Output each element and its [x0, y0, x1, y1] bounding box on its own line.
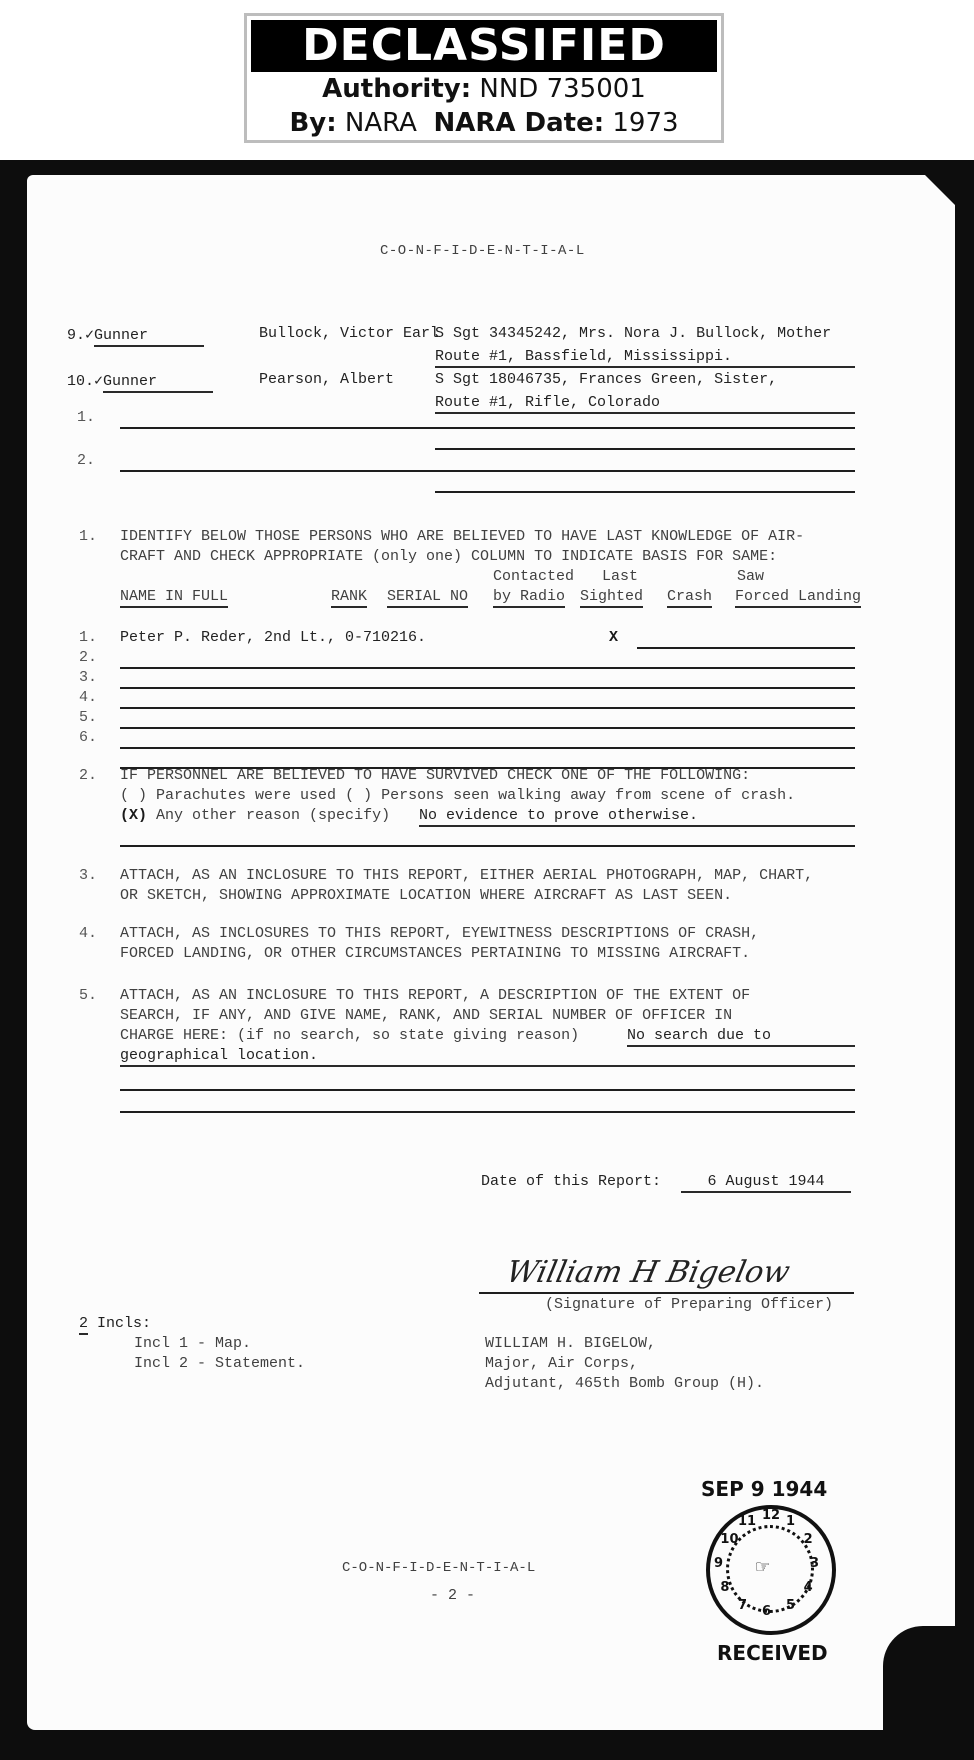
blank-line	[637, 647, 855, 649]
page-number: - 2 -	[430, 1587, 475, 1604]
inclosure-count: 2 Incls:	[79, 1315, 151, 1332]
col-rank: RANK	[331, 588, 367, 608]
other-reason-checkbox: (X)	[120, 807, 147, 824]
col-radio: by Radio	[493, 588, 565, 608]
banner-title: DECLASSIFIED	[251, 20, 717, 72]
hand-icon: ☞	[756, 1555, 769, 1581]
crew-details: S Sgt 18046735, Frances Green, Sister,	[435, 371, 777, 388]
inclosure-item: Incl 1 - Map.	[134, 1335, 251, 1352]
blank-line	[120, 1111, 855, 1113]
signature-caption: (Signature of Preparing Officer)	[545, 1296, 833, 1313]
report-date-label: Date of this Report:	[481, 1173, 661, 1190]
blank-line	[120, 747, 855, 749]
crew-address: Route #1, Bassfield, Mississippi.	[435, 348, 855, 368]
check-mark-icon: ✓	[94, 373, 103, 390]
banner-authority: Authority: NND 735001	[247, 72, 721, 106]
blank-line	[120, 687, 855, 689]
walking-checkbox: ( )	[345, 787, 372, 804]
officer-title: Adjutant, 465th Bomb Group (H).	[485, 1375, 764, 1392]
report-date-value: 6 August 1944	[681, 1173, 851, 1193]
blank-line	[120, 727, 855, 729]
handwritten-signature: William H Bigelow	[503, 1255, 793, 1290]
crew-details: S Sgt 34345242, Mrs. Nora J. Bullock, Mo…	[435, 325, 831, 342]
blank-line	[435, 491, 855, 493]
blank-line	[435, 448, 855, 450]
survival-options: ( ) Parachutes were used ( ) Persons see…	[120, 787, 795, 804]
blank-line	[120, 1089, 855, 1091]
stamp-date: SEP 9 1944	[701, 1477, 827, 1501]
damaged-corner	[883, 1626, 963, 1736]
parachute-checkbox: ( )	[120, 787, 147, 804]
last-sighted-mark: X	[609, 629, 618, 646]
crew-row: 10.✓Gunner	[67, 371, 213, 393]
blank-line	[120, 845, 855, 847]
col-name: NAME IN FULL	[120, 588, 228, 608]
crew-name: Bullock, Victor Earl	[259, 325, 439, 342]
crew-address: Route #1, Rifle, Colorado	[435, 394, 855, 414]
col-sighted: Sighted	[580, 588, 643, 608]
col-crash: Crash	[667, 588, 712, 608]
col-serial: SERIAL NO	[387, 588, 468, 608]
section1-text: IDENTIFY BELOW THOSE PERSONS WHO ARE BEL…	[120, 528, 804, 545]
declassified-banner: DECLASSIFIED Authority: NND 735001 By: N…	[244, 13, 724, 143]
document-page: C-O-N-F-I-D-E-N-T-I-A-L 9.✓Gunner Bulloc…	[27, 175, 955, 1730]
blank-line	[120, 707, 855, 709]
col-forced: Forced Landing	[735, 588, 861, 608]
inclosure-item: Incl 2 - Statement.	[134, 1355, 305, 1372]
blank-line	[120, 667, 855, 669]
search-reason: No search due to	[627, 1027, 855, 1047]
received-stamp-clock: 121234567891011 ☞	[706, 1505, 836, 1635]
crew-name: Pearson, Albert	[259, 371, 394, 388]
classification-header: C-O-N-F-I-D-E-N-T-I-A-L	[380, 243, 585, 259]
banner-by: By: NARA NARA Date: 1973	[247, 106, 721, 140]
crew-row: 9.✓Gunner	[67, 325, 204, 347]
check-mark-icon: ✓	[85, 327, 94, 344]
other-reason: (X) Any other reason (specify)	[120, 807, 390, 824]
officer-rank: Major, Air Corps,	[485, 1355, 638, 1372]
witness-entry: Peter P. Reder, 2nd Lt., 0-710216.	[120, 629, 426, 646]
other-reason-value: No evidence to prove otherwise.	[419, 807, 855, 827]
blank-line	[120, 427, 855, 429]
classification-footer: C-O-N-F-I-D-E-N-T-I-A-L	[342, 1560, 535, 1576]
signature-line	[479, 1292, 854, 1294]
received-stamp-text: RECEIVED	[717, 1641, 828, 1665]
officer-name: WILLIAM H. BIGELOW,	[485, 1335, 656, 1352]
torn-corner	[925, 175, 955, 205]
blank-line	[120, 470, 855, 472]
search-reason-cont: geographical location.	[120, 1047, 855, 1067]
